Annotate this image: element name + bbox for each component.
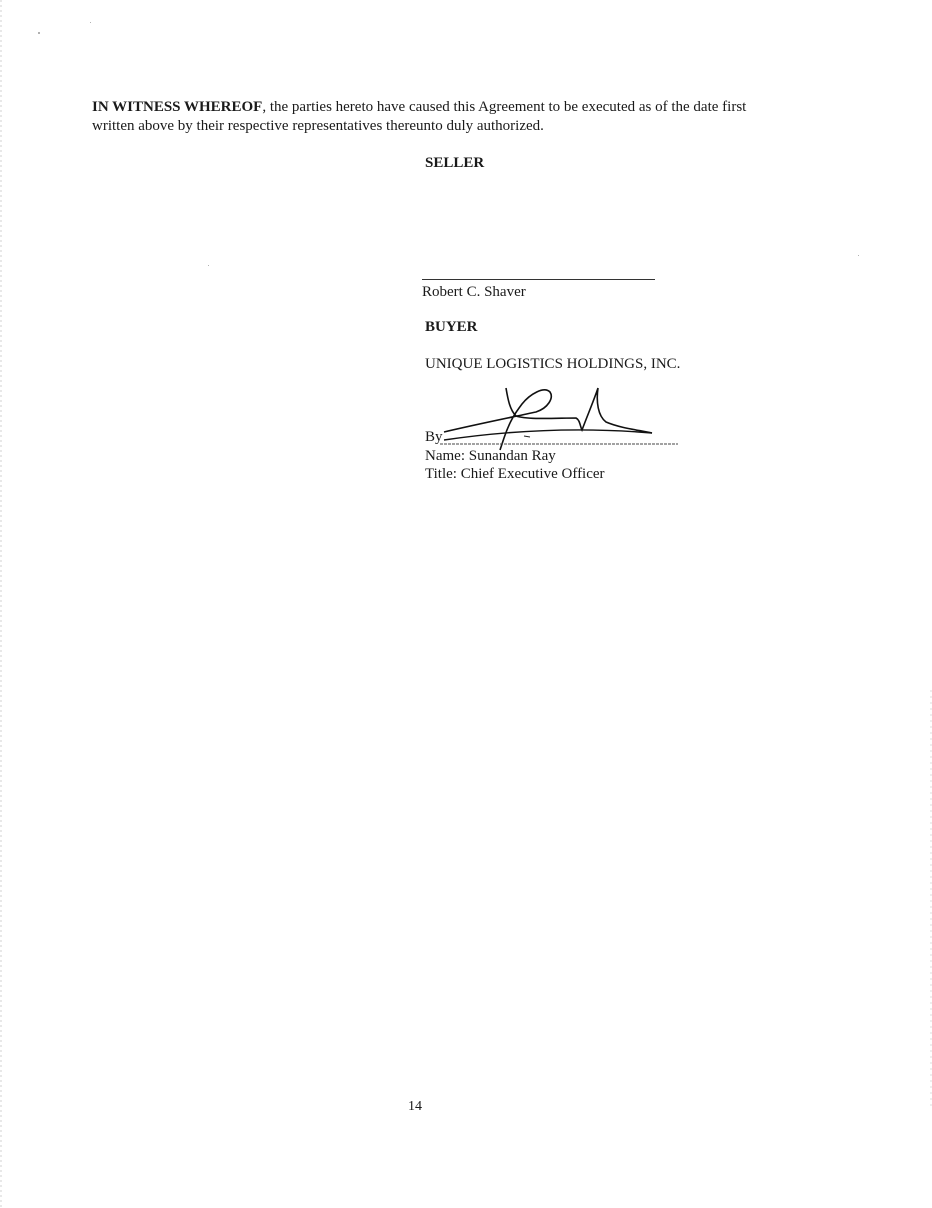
buyer-heading: BUYER [425,319,478,336]
scan-speck [858,255,859,256]
scan-speck [90,22,91,23]
witness-clause: IN WITNESS WHEREOF, the parties hereto h… [92,98,752,136]
scan-speck [38,32,40,34]
buyer-company-name: UNIQUE LOGISTICS HOLDINGS, INC. [425,355,680,374]
page-number: 14 [408,1099,422,1115]
handwritten-signature-icon [438,380,668,452]
scan-edge-left [0,0,2,1208]
buyer-signatory-title: Title: Chief Executive Officer [425,465,605,484]
buyer-signatory-name: Name: Sunandan Ray [425,447,556,466]
seller-signature-line [422,279,655,280]
seller-signatory-name: Robert C. Shaver [422,283,526,302]
document-page: IN WITNESS WHEREOF, the parties hereto h… [0,0,932,1208]
buyer-by-label: By [425,428,443,447]
seller-heading: SELLER [425,155,484,172]
scan-speck [208,265,209,266]
witness-clause-lead: IN WITNESS WHEREOF [92,99,262,115]
